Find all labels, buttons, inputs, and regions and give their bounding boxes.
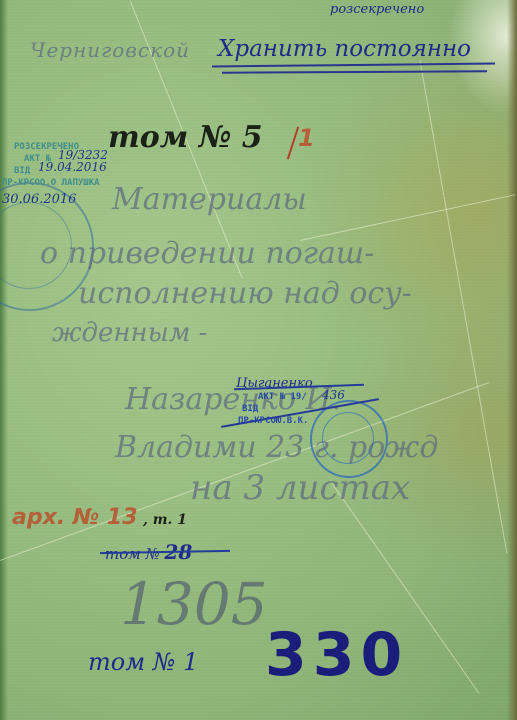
stamped-number: 330 xyxy=(265,620,408,690)
archive-reference: арх. № 13 xyxy=(12,505,138,530)
round-seal-right-inner xyxy=(322,412,374,464)
stamp2-act-label: АКТ № 19/ xyxy=(258,392,307,403)
title-line-2: о приведении погаш- xyxy=(40,236,374,271)
paper-edge-left xyxy=(0,0,8,720)
document-cover: Черниговской розсекречено Хранить постоя… xyxy=(0,0,517,720)
pencil-number: 1305 xyxy=(120,570,268,638)
archive-volume: , т. 1 xyxy=(143,512,187,528)
stamp-signer: ПР-КРСОО.О ЛАПУШКА xyxy=(2,178,100,189)
storage-underline xyxy=(222,70,487,73)
old-volume-text: том № xyxy=(105,545,160,563)
volume-sub: 1 xyxy=(298,124,315,152)
title-line-6: Владими 23 г. рожд xyxy=(115,430,438,465)
stamp-from-label: ВІД xyxy=(14,166,30,177)
title-line-3: исполнению над осу- xyxy=(78,276,412,311)
paper-crease xyxy=(420,60,508,553)
stamp-from-date: 19.04.2016 xyxy=(38,160,107,174)
title-line-1: Материалы xyxy=(112,182,307,217)
stamp-signed-date: 30.06.2016 xyxy=(2,192,76,207)
volume-label: том № 5 xyxy=(108,120,263,155)
stamp2-from-label: ВІД xyxy=(242,404,258,415)
title-line-7: на 3 листах xyxy=(190,468,410,508)
title-line-4: жденным - xyxy=(52,318,207,348)
storage-note: Хранить постоянно xyxy=(218,36,471,62)
volume-1-label: том № 1 xyxy=(88,648,198,676)
region-name-pencil: Черниговской xyxy=(30,38,190,62)
paper-edge-right xyxy=(507,0,517,720)
paper-crease xyxy=(300,194,515,241)
storage-underline xyxy=(212,63,495,68)
stamp2-act-number: 436 xyxy=(322,388,345,402)
declassified-note: розсекречено xyxy=(330,2,424,17)
